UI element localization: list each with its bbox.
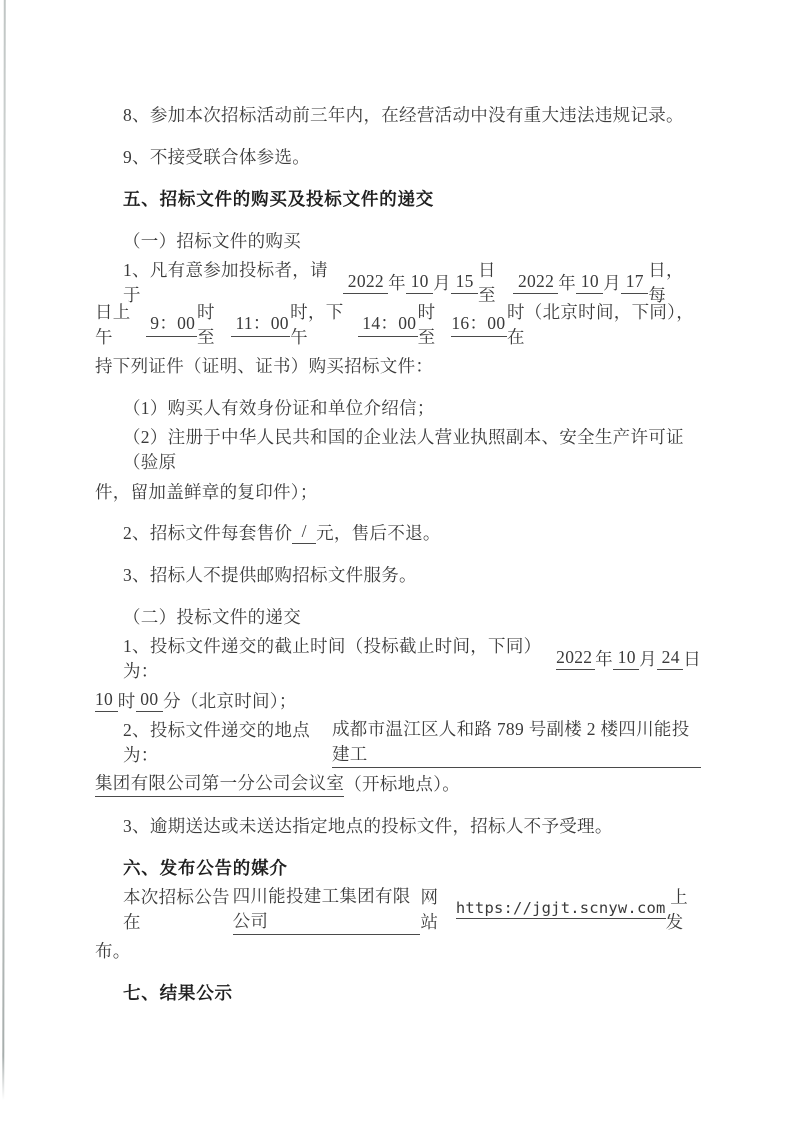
scan-edge-artifact <box>2 0 6 1100</box>
text-run: 年 <box>595 646 613 671</box>
text-line: 3、逾期送达或未送达指定地点的投标文件，招标人不予受理。 <box>95 805 701 847</box>
text-line: （二）投标文件的递交 <box>95 596 701 638</box>
text-line: 日上午 9：00 时至 11：00 时，下午 14：00 时至16：00 时（北… <box>95 303 701 345</box>
text-run: 日 <box>683 646 701 671</box>
text-run: 月 <box>639 646 657 671</box>
text-run: 月 <box>433 270 451 295</box>
text-run: 时（北京时间，下同），在 <box>507 299 701 349</box>
underlined-fill-in: 10 <box>406 271 433 294</box>
text-line: 件，留加盖鲜章的复印件）； <box>95 470 701 512</box>
text-run: 3、招标人不提供邮购招标文件服务。 <box>123 562 417 587</box>
text-run: 元，售后不退。 <box>316 520 441 545</box>
text-run: 时至 <box>197 299 231 349</box>
text-run: （一）招标文件的购买 <box>123 228 301 253</box>
text-run: 五、招标文件的购买及投标文件的递交 <box>123 186 434 211</box>
text-run: （1）购买人有效身份证和单位介绍信； <box>123 395 435 420</box>
text-run: 持下列证件（证明、证书）购买招标文件： <box>95 353 433 378</box>
text-run: 七、结果公示 <box>123 980 233 1005</box>
section-heading-line: 五、招标文件的购买及投标文件的递交 <box>95 178 701 220</box>
text-run: 时至 <box>418 299 452 349</box>
text-run: 件，留加盖鲜章的复印件）； <box>95 479 318 504</box>
underlined-fill-in: 成都市温江区人和路 789 号副楼 2 楼四川能投建工 <box>332 716 701 768</box>
scanned-tender-document-page: 8、参加本次招标活动前三年内，在经营活动中没有重大违法违规记录。9、不接受联合体… <box>0 0 794 1123</box>
underlined-fill-in: 11：00 <box>231 310 290 337</box>
text-run: 年 <box>388 270 406 295</box>
text-line: 本次招标公告在四川能投建工集团有限公司网站 https://jgjt.scnyw… <box>95 888 701 930</box>
text-run: 年 <box>558 270 576 295</box>
text-run: 月 <box>603 270 621 295</box>
text-line: 1、投标文件递交的截止时间（投标截止时间，下同）为：2022 年 10 月 24… <box>95 637 701 679</box>
text-run: 网站 <box>420 884 455 934</box>
underlined-fill-in: 9：00 <box>146 310 197 337</box>
underlined-fill-in: 2022 <box>556 647 595 670</box>
text-run: 上发 <box>666 884 701 934</box>
underlined-fill-in: 24 <box>657 647 683 670</box>
text-line: 10 时 00 分（北京时间）； <box>95 679 701 721</box>
text-run: （2）注册于中华人民共和国的企业法人营业执照副本、安全生产许可证（验原 <box>123 424 701 474</box>
text-line: （一）招标文件的购买 <box>95 219 701 261</box>
underlined-fill-in: 16：00 <box>451 310 507 337</box>
text-run: 1、投标文件递交的截止时间（投标截止时间，下同）为： <box>123 633 556 683</box>
text-run: 本次招标公告在 <box>123 884 233 934</box>
section-heading-line: 六、发布公告的媒介 <box>95 846 701 888</box>
text-run: 布。 <box>95 938 131 963</box>
underlined-fill-in: 2022 <box>343 271 388 294</box>
text-line: 9、不接受联合体参选。 <box>95 136 701 178</box>
text-line: 8、参加本次招标活动前三年内，在经营活动中没有重大违法违规记录。 <box>95 94 701 136</box>
text-run: 日上午 <box>95 299 146 349</box>
underlined-fill-in: 10 <box>95 689 118 712</box>
text-line: 2、投标文件递交的地点为：成都市温江区人和路 789 号副楼 2 楼四川能投建工 <box>95 721 701 763</box>
underlined-fill-in: 10 <box>576 271 603 294</box>
text-run: 9、不接受联合体参选。 <box>123 144 310 169</box>
text-line: 布。 <box>95 930 701 972</box>
text-line: （1）购买人有效身份证和单位介绍信； <box>95 387 701 429</box>
section-heading-line: 七、结果公示 <box>95 972 701 1014</box>
underlined-fill-in: 集团有限公司第一分公司会议室 <box>95 770 344 797</box>
text-line: 3、招标人不提供邮购招标文件服务。 <box>95 554 701 596</box>
text-run: 2、招标文件每套售价 <box>123 520 292 545</box>
underlined-fill-in: 00 <box>136 689 163 712</box>
text-run: 分（北京时间）； <box>163 688 297 713</box>
text-run: 8、参加本次招标活动前三年内，在经营活动中没有重大违法违规记录。 <box>123 102 684 127</box>
text-line: 1、凡有意参加投标者，请于 2022 年 10 月 15 日至 2022 年 1… <box>95 261 701 303</box>
text-run: 2、投标文件递交的地点为： <box>123 717 332 767</box>
text-run: 时 <box>118 688 136 713</box>
underlined-fill-in: / <box>292 521 316 544</box>
underlined-fill-in: 2022 <box>513 271 558 294</box>
text-run: 六、发布公告的媒介 <box>123 855 288 880</box>
website-url: https://jgjt.scnyw.com <box>456 899 666 919</box>
text-line: （2）注册于中华人民共和国的企业法人营业执照副本、安全生产许可证（验原 <box>95 428 701 470</box>
document-body: 8、参加本次招标活动前三年内，在经营活动中没有重大违法违规记录。9、不接受联合体… <box>95 94 701 1014</box>
underlined-fill-in: 四川能投建工集团有限公司 <box>233 883 421 935</box>
underlined-fill-in: 17 <box>621 271 648 294</box>
text-line: 持下列证件（证明、证书）购买招标文件： <box>95 345 701 387</box>
text-run: 3、逾期送达或未送达指定地点的投标文件，招标人不予受理。 <box>123 813 613 838</box>
underlined-fill-in: 14：00 <box>358 310 418 337</box>
text-line: 2、招标文件每套售价 / 元，售后不退。 <box>95 512 701 554</box>
text-run: （开标地点）。 <box>344 771 460 796</box>
underlined-fill-in: 10 <box>613 647 639 670</box>
underlined-fill-in: 15 <box>451 271 478 294</box>
text-line: 集团有限公司第一分公司会议室（开标地点）。 <box>95 763 701 805</box>
text-run: 时，下午 <box>290 299 357 349</box>
text-run: （二）投标文件的递交 <box>123 604 301 629</box>
